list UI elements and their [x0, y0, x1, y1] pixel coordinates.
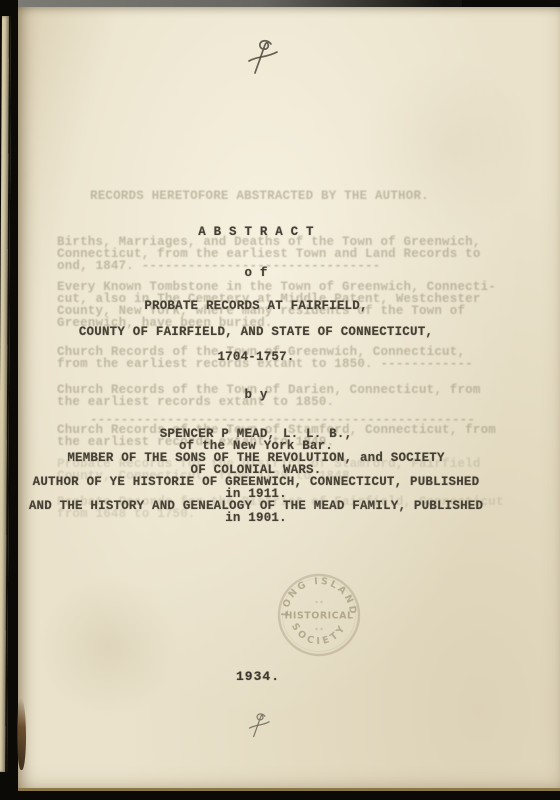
title-byline: b y — [28, 389, 484, 402]
stamp-ornament-bottom: * * — [315, 627, 323, 634]
stamp-text-center: HISTORICAL — [284, 611, 353, 622]
page-title: A B S T R A C T — [28, 226, 484, 239]
accession-year: 1934. — [236, 670, 280, 683]
title-date-range: 1704-1757. — [28, 351, 484, 364]
page-content: RECORDS HERETOFORE ABSTRACTED BY THE AUT… — [0, 0, 560, 800]
svg-text:SOCIETY: SOCIETY — [289, 621, 349, 647]
author-work-line2-date: in 1901. — [28, 512, 484, 525]
title-subject-line1: PROBATE RECORDS AT FAIRFIELD, — [28, 300, 484, 313]
stamp-ornament-top: * * — [315, 600, 323, 607]
embossed-library-stamp: LONG ISLAND SOCIETY HISTORICAL * * * * — [276, 572, 362, 658]
pencil-H-mark-bottom — [246, 710, 274, 742]
title-subject-line2: COUNTY OF FAIRFIELD, AND STATE OF CONNEC… — [28, 326, 484, 339]
title-of: o f — [28, 267, 484, 280]
stamp-text-bottom: SOCIETY — [289, 621, 349, 647]
